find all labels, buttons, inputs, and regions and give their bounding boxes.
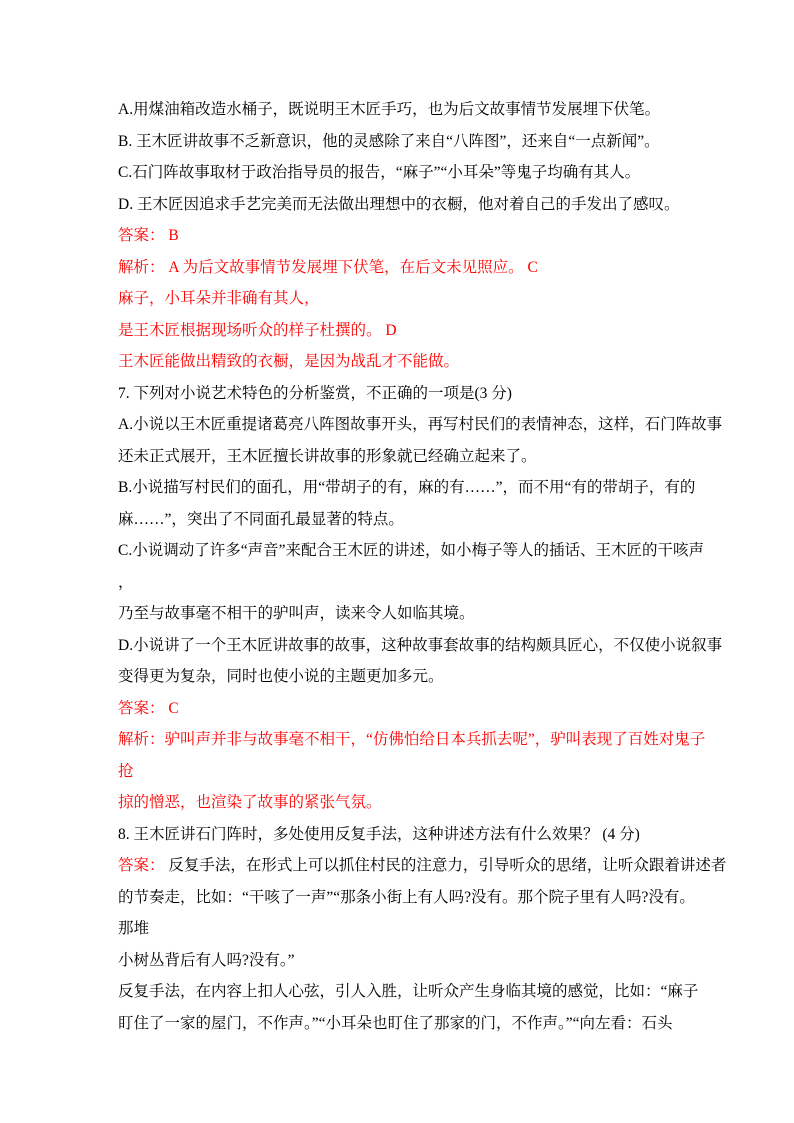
q7-option-line: B.小说描写村民们的面孔，用“带胡子的有，麻的有……”，而不用“有的带胡子，有的 <box>118 472 694 504</box>
q7-option-line: 麻……”，突出了不同面孔最显著的特点。 <box>118 504 694 536</box>
q8-answer-first-line: 答案： 反复手法，在形式上可以抓住村民的注意力，引导听众的思绪，让听众跟着讲述者 <box>118 850 694 882</box>
q7-option-line: 变得更为复杂，同时也使小说的主题更加多元。 <box>118 661 694 693</box>
q6-option-a: A.用煤油箱改造水桶子，既说明王木匠手巧，也为后文故事情节发展埋下伏笔。 <box>118 94 694 126</box>
q8-answer-line: 反复手法，在内容上扣人心弦，引人入胜，让听众产生身临其境的感觉，比如：“麻子 <box>118 976 694 1008</box>
q8-answer-text: 反复手法，在形式上可以抓住村民的注意力，引导听众的思绪，让听众跟着讲述者 <box>168 857 726 874</box>
q8-answer-label: 答案： <box>118 857 168 874</box>
q6-option-c: C.石门阵故事取材于政治指导员的报告，“麻子”“小耳朵”等鬼子均确有其人。 <box>118 157 694 189</box>
q7-option-line: D.小说讲了一个王木匠讲故事的故事，这种故事套故事的结构颇具匠心，不仅使小说叙事 <box>118 630 694 662</box>
q7-analysis-line: 掠的憎恶，也渲染了故事的紧张气氛。 <box>118 787 694 819</box>
q7-option-line: 乃至与故事毫不相干的驴叫声，读来令人如临其境。 <box>118 598 694 630</box>
q6-analysis-line: 麻子，小耳朵并非确有其人， <box>118 283 694 315</box>
q7-option-line: A.小说以王木匠重提诸葛亮八阵图故事开头，再写村民们的表情神态，这样，石门阵故事 <box>118 409 694 441</box>
q6-analysis-line: 是王木匠根据现场听众的样子杜撰的。 D <box>118 315 694 347</box>
q7-option-line: C.小说调动了许多“声音”来配合王木匠的讲述，如小梅子等人的插话、王木匠的干咳声 <box>118 535 694 567</box>
q8-answer-line: 那堆 <box>118 913 694 945</box>
q6-answer: 答案： B <box>118 220 694 252</box>
q8-answer-line: 的节奏走，比如：“干咳了一声”“那条小街上有人吗?没有。那个院子里有人吗?没有。 <box>118 882 694 914</box>
q7-analysis-line: 抢 <box>118 756 694 788</box>
q8-answer-line: 小树丛背后有人吗?没有。” <box>118 945 694 977</box>
q7-option-line: ， <box>118 567 694 599</box>
q6-option-d: D. 王木匠因追求手艺完美而无法做出理想中的衣橱，他对着自己的手发出了感叹。 <box>118 189 694 221</box>
q8-answer-line: 盯住了一家的屋门，不作声。”“小耳朵也盯住了那家的门，不作声。”“向左看：石头 <box>118 1008 694 1040</box>
q8-question: 8. 王木匠讲石门阵时，多处使用反复手法，这种讲述方法有什么效果？ (4 分) <box>118 819 694 851</box>
q7-question: 7. 下列对小说艺术特色的分析鉴赏，不正确的一项是(3 分) <box>118 378 694 410</box>
document-page: A.用煤油箱改造水桶子，既说明王木匠手巧，也为后文故事情节发展埋下伏笔。 B. … <box>0 0 794 1123</box>
q6-analysis-line: 解析： A 为后文故事情节发展埋下伏笔，在后文未见照应。 C <box>118 252 694 284</box>
q6-analysis-line: 王木匠能做出精致的衣橱，是因为战乱才不能做。 <box>118 346 694 378</box>
q7-answer: 答案： C <box>118 693 694 725</box>
q6-option-b: B. 王木匠讲故事不乏新意识，他的灵感除了来自“八阵图”，还来自“一点新闻”。 <box>118 126 694 158</box>
q7-analysis-line: 解析：驴叫声并非与故事毫不相干，“仿佛怕给日本兵抓去呢”，驴叫表现了百姓对鬼子 <box>118 724 694 756</box>
q7-option-line: 还未正式展开，王木匠擅长讲故事的形象就已经确立起来了。 <box>118 441 694 473</box>
